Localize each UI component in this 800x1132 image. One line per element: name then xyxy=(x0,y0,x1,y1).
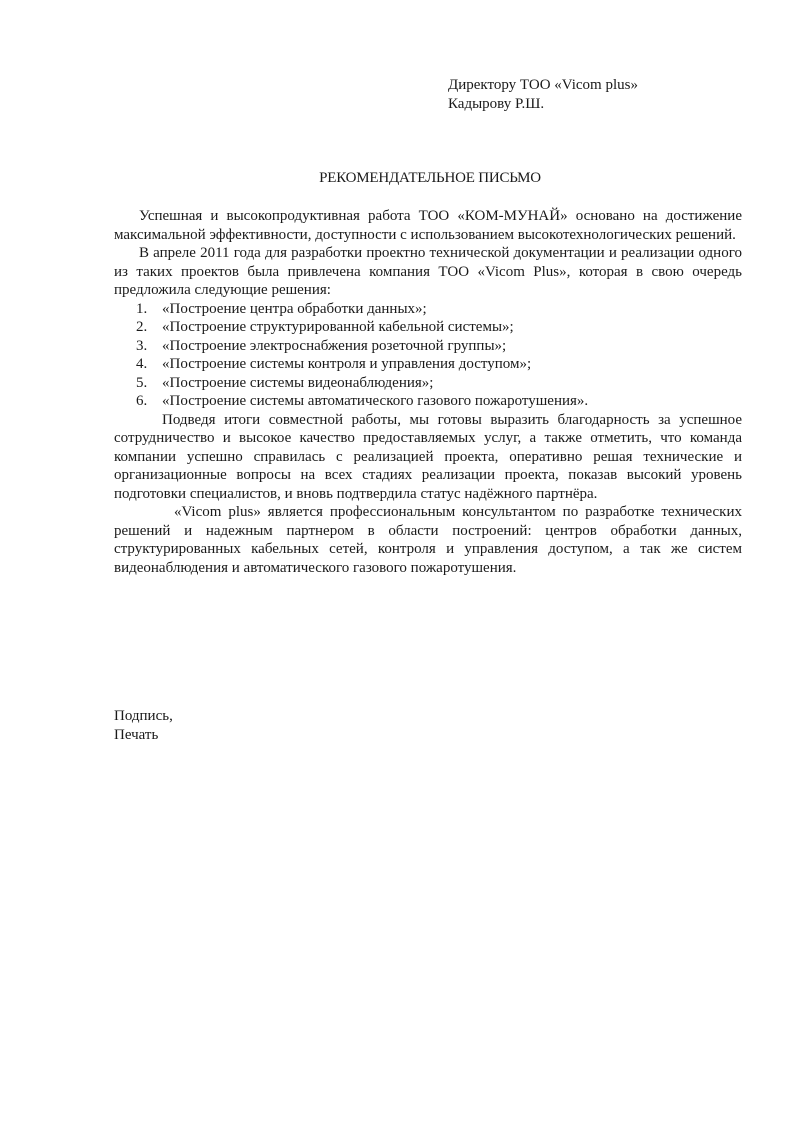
paragraph-vicom-summary: «Vicom plus» является профессиональным к… xyxy=(114,503,742,577)
list-item: 6.«Построение системы автоматического га… xyxy=(162,392,742,411)
letter-title: РЕКОМЕНДАТЕЛЬНОЕ ПИСЬМО xyxy=(0,169,800,188)
list-item: 1.«Построение центра обработки данных»; xyxy=(162,300,742,319)
list-number: 1. xyxy=(136,300,147,319)
signature-label: Подпись, xyxy=(114,707,173,726)
letter-body: Успешная и высокопродуктивная работа ТОО… xyxy=(114,207,742,577)
list-number: 3. xyxy=(136,337,147,356)
list-item: 5.«Построение системы видеонаблюдения»; xyxy=(162,374,742,393)
paragraph-intro: Успешная и высокопродуктивная работа ТОО… xyxy=(114,207,742,244)
list-number: 6. xyxy=(136,392,147,411)
addressee-line-name: Кадырову Р.Ш. xyxy=(448,95,638,114)
list-text: «Построение системы контроля и управлени… xyxy=(162,356,531,372)
list-number: 5. xyxy=(136,374,147,393)
addressee-block: Директору ТОО «Vicom plus» Кадырову Р.Ш. xyxy=(448,76,638,114)
signature-block: Подпись, Печать xyxy=(114,707,173,745)
list-text: «Построение системы видеонаблюдения»; xyxy=(162,375,433,391)
list-number: 4. xyxy=(136,355,147,374)
list-text: «Построение структурированной кабельной … xyxy=(162,319,514,335)
addressee-line-director: Директору ТОО «Vicom plus» xyxy=(448,76,638,95)
list-item: 3.«Построение электроснабжения розеточно… xyxy=(162,337,742,356)
stamp-label: Печать xyxy=(114,726,173,745)
list-item: 2.«Построение структурированной кабельно… xyxy=(162,318,742,337)
paragraph-gratitude: Подведя итоги совместной работы, мы гото… xyxy=(114,411,742,504)
list-text: «Построение системы автоматического газо… xyxy=(162,393,588,409)
list-text: «Построение электроснабжения розеточной … xyxy=(162,338,506,354)
solutions-list: 1.«Построение центра обработки данных»; … xyxy=(114,300,742,411)
document-page: Директору ТОО «Vicom plus» Кадырову Р.Ш.… xyxy=(0,0,800,1132)
paragraph-project: В апреле 2011 года для разработки проект… xyxy=(114,244,742,300)
list-item: 4.«Построение системы контроля и управле… xyxy=(162,355,742,374)
list-text: «Построение центра обработки данных»; xyxy=(162,301,427,317)
list-number: 2. xyxy=(136,318,147,337)
